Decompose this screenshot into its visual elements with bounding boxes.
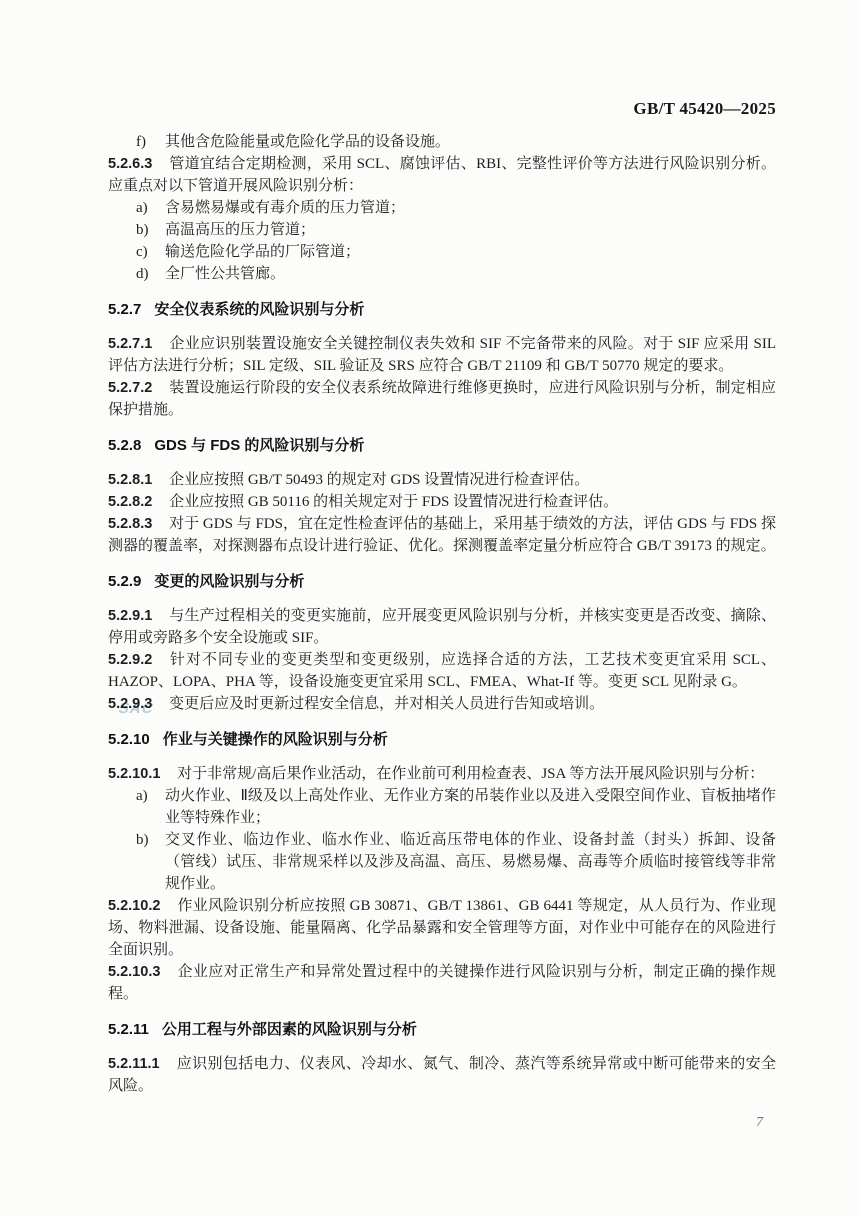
clause-5-2-6-3: 5.2.6.3 管道宜结合定期检测，采用 SCL、腐蚀评估、RBI、完整性评价等… [108,153,776,197]
section-title: 安全仪表系统的风险识别与分析 [154,301,364,318]
clause-number: 5.2.10.1 [108,766,160,782]
list-item-f: f) 其他含危险能量或危险化学品的设备设施。 [108,131,776,153]
section-number: 5.2.7 [108,301,141,318]
document-body: f) 其他含危险能量或危险化学品的设备设施。 5.2.6.3 管道宜结合定期检测… [108,131,776,1097]
clause-number: 5.2.6.3 [108,156,152,172]
list-item-text: 高温高压的压力管道； [165,222,315,238]
standard-code-header: GB/T 45420—2025 [633,99,776,119]
section-heading-5-2-11: 5.2.11公用工程与外部因素的风险识别与分析 [108,1019,776,1041]
clause-5-2-7-2: 5.2.7.2 装置设施运行阶段的安全仪表系统故障进行维修更换时，应进行风险识别… [108,377,776,421]
clause-text: 企业应按照 GB 50116 的相关规定对于 FDS 设置情况进行检查评估。 [169,494,618,510]
clause-number: 5.2.9.2 [108,652,152,668]
list-item-text: 其他含危险能量或危险化学品的设备设施。 [165,134,450,150]
list-item-b2: b) 交叉作业、临边作业、临水作业、临近高压带电体的作业、设备封盖（封头）拆卸、… [108,829,776,895]
clause-number: 5.2.10.2 [108,898,160,914]
clause-number: 5.2.7.1 [108,336,152,352]
list-item-text: 全厂性公共管廊。 [165,266,285,282]
section-title: 作业与关键操作的风险识别与分析 [163,731,388,748]
clause-text: 针对不同专业的变更类型和变更级别，应选择合适的方法，工艺技术变更宜采用 SCL、… [108,652,776,690]
list-item-b: b) 高温高压的压力管道； [108,219,776,241]
clause-5-2-10-1: 5.2.10.1 对于非常规/高后果作业活动，在作业前可利用检查表、JSA 等方… [108,763,776,785]
clause-number: 5.2.8.1 [108,472,152,488]
list-item-a2: a) 动火作业、Ⅱ级及以上高处作业、无作业方案的吊装作业以及进入受限空间作业、盲… [108,785,776,829]
clause-number: 5.2.7.2 [108,380,152,396]
list-item-label: b) [136,219,149,241]
clause-5-2-9-3: 5.2.9.3 变更后应及时更新过程安全信息，并对相关人员进行告知或培训。 [108,693,776,715]
list-item-a: a) 含易燃易爆或有毒介质的压力管道； [108,197,776,219]
list-item-label: c) [136,241,148,263]
list-item-label: d) [136,263,149,285]
list-item-label: a) [136,785,148,807]
list-item-label: b) [136,829,149,851]
clause-5-2-8-2: 5.2.8.2 企业应按照 GB 50116 的相关规定对于 FDS 设置情况进… [108,491,776,513]
section-heading-5-2-7: 5.2.7安全仪表系统的风险识别与分析 [108,299,776,321]
page-number: 7 [756,1115,763,1131]
clause-number: 5.2.9.3 [108,696,152,712]
list-item-text: 含易燃易爆或有毒介质的压力管道； [165,200,405,216]
list-item-label: f) [136,131,146,153]
clause-5-2-8-1: 5.2.8.1 企业应按照 GB/T 50493 的规定对 GDS 设置情况进行… [108,469,776,491]
clause-number: 5.2.8.3 [108,516,152,532]
list-item-text: 交叉作业、临边作业、临水作业、临近高压带电体的作业、设备封盖（封头）拆卸、设备（… [165,832,776,892]
section-title: GDS 与 FDS 的风险识别与分析 [154,437,364,454]
section-number: 5.2.10 [108,731,150,748]
clause-5-2-9-2: 5.2.9.2 针对不同专业的变更类型和变更级别，应选择合适的方法，工艺技术变更… [108,649,776,693]
clause-5-2-11-1: 5.2.11.1 应识别包括电力、仪表风、冷却水、氮气、制冷、蒸汽等系统异常或中… [108,1053,776,1097]
section-number: 5.2.9 [108,573,141,590]
clause-number: 5.2.9.1 [108,608,152,624]
clause-text: 企业应识别装置设施安全关键控制仪表失效和 SIF 不完备带来的风险。对于 SIF… [108,336,776,374]
section-heading-5-2-9: 5.2.9变更的风险识别与分析 [108,571,776,593]
list-item-c: c) 输送危险化学品的厂际管道； [108,241,776,263]
clause-5-2-7-1: 5.2.7.1 企业应识别装置设施安全关键控制仪表失效和 SIF 不完备带来的风… [108,333,776,377]
list-item-text: 输送危险化学品的厂际管道； [165,244,360,260]
clause-text: 变更后应及时更新过程安全信息，并对相关人员进行告知或培训。 [169,696,604,712]
clause-5-2-10-3: 5.2.10.3 企业应对正常生产和异常处置过程中的关键操作进行风险识别与分析，… [108,961,776,1005]
list-item-d: d) 全厂性公共管廊。 [108,263,776,285]
section-heading-5-2-10: 5.2.10作业与关键操作的风险识别与分析 [108,729,776,751]
clause-number: 5.2.11.1 [108,1056,160,1072]
section-title: 公用工程与外部因素的风险识别与分析 [162,1021,417,1038]
clause-text: 对于 GDS 与 FDS，宜在定性检查评估的基础上，采用基于绩效的方法，评估 G… [108,516,776,554]
clause-text: 企业应对正常生产和异常处置过程中的关键操作进行风险识别与分析，制定正确的操作规程… [108,964,776,1002]
document-page: GB/T 45420—2025 SAC f) 其他含危险能量或危险化学品的设备设… [0,0,860,1216]
clause-text: 作业风险识别分析应按照 GB 30871、GB/T 13861、GB 6441 … [108,898,776,958]
list-item-text: 动火作业、Ⅱ级及以上高处作业、无作业方案的吊装作业以及进入受限空间作业、盲板抽堵… [165,788,776,826]
clause-number: 5.2.8.2 [108,494,152,510]
clause-text: 应识别包括电力、仪表风、冷却水、氮气、制冷、蒸汽等系统异常或中断可能带来的安全风… [108,1056,776,1094]
clause-5-2-8-3: 5.2.8.3 对于 GDS 与 FDS，宜在定性检查评估的基础上，采用基于绩效… [108,513,776,557]
clause-text: 与生产过程相关的变更实施前，应开展变更风险识别与分析，并核实变更是否改变、摘除、… [108,608,776,646]
clause-text: 企业应按照 GB/T 50493 的规定对 GDS 设置情况进行检查评估。 [169,472,589,488]
clause-number: 5.2.10.3 [108,964,160,980]
section-heading-5-2-8: 5.2.8GDS 与 FDS 的风险识别与分析 [108,435,776,457]
clause-5-2-10-2: 5.2.10.2 作业风险识别分析应按照 GB 30871、GB/T 13861… [108,895,776,961]
section-number: 5.2.8 [108,437,141,454]
section-number: 5.2.11 [108,1021,149,1038]
clause-text: 管道宜结合定期检测，采用 SCL、腐蚀评估、RBI、完整性评价等方法进行风险识别… [108,156,776,194]
clause-5-2-9-1: 5.2.9.1 与生产过程相关的变更实施前，应开展变更风险识别与分析，并核实变更… [108,605,776,649]
list-item-label: a) [136,197,148,219]
clause-text: 对于非常规/高后果作业活动，在作业前可利用检查表、JSA 等方法开展风险识别与分… [177,766,764,782]
clause-text: 装置设施运行阶段的安全仪表系统故障进行维修更换时，应进行风险识别与分析，制定相应… [108,380,776,418]
section-title: 变更的风险识别与分析 [154,573,304,590]
